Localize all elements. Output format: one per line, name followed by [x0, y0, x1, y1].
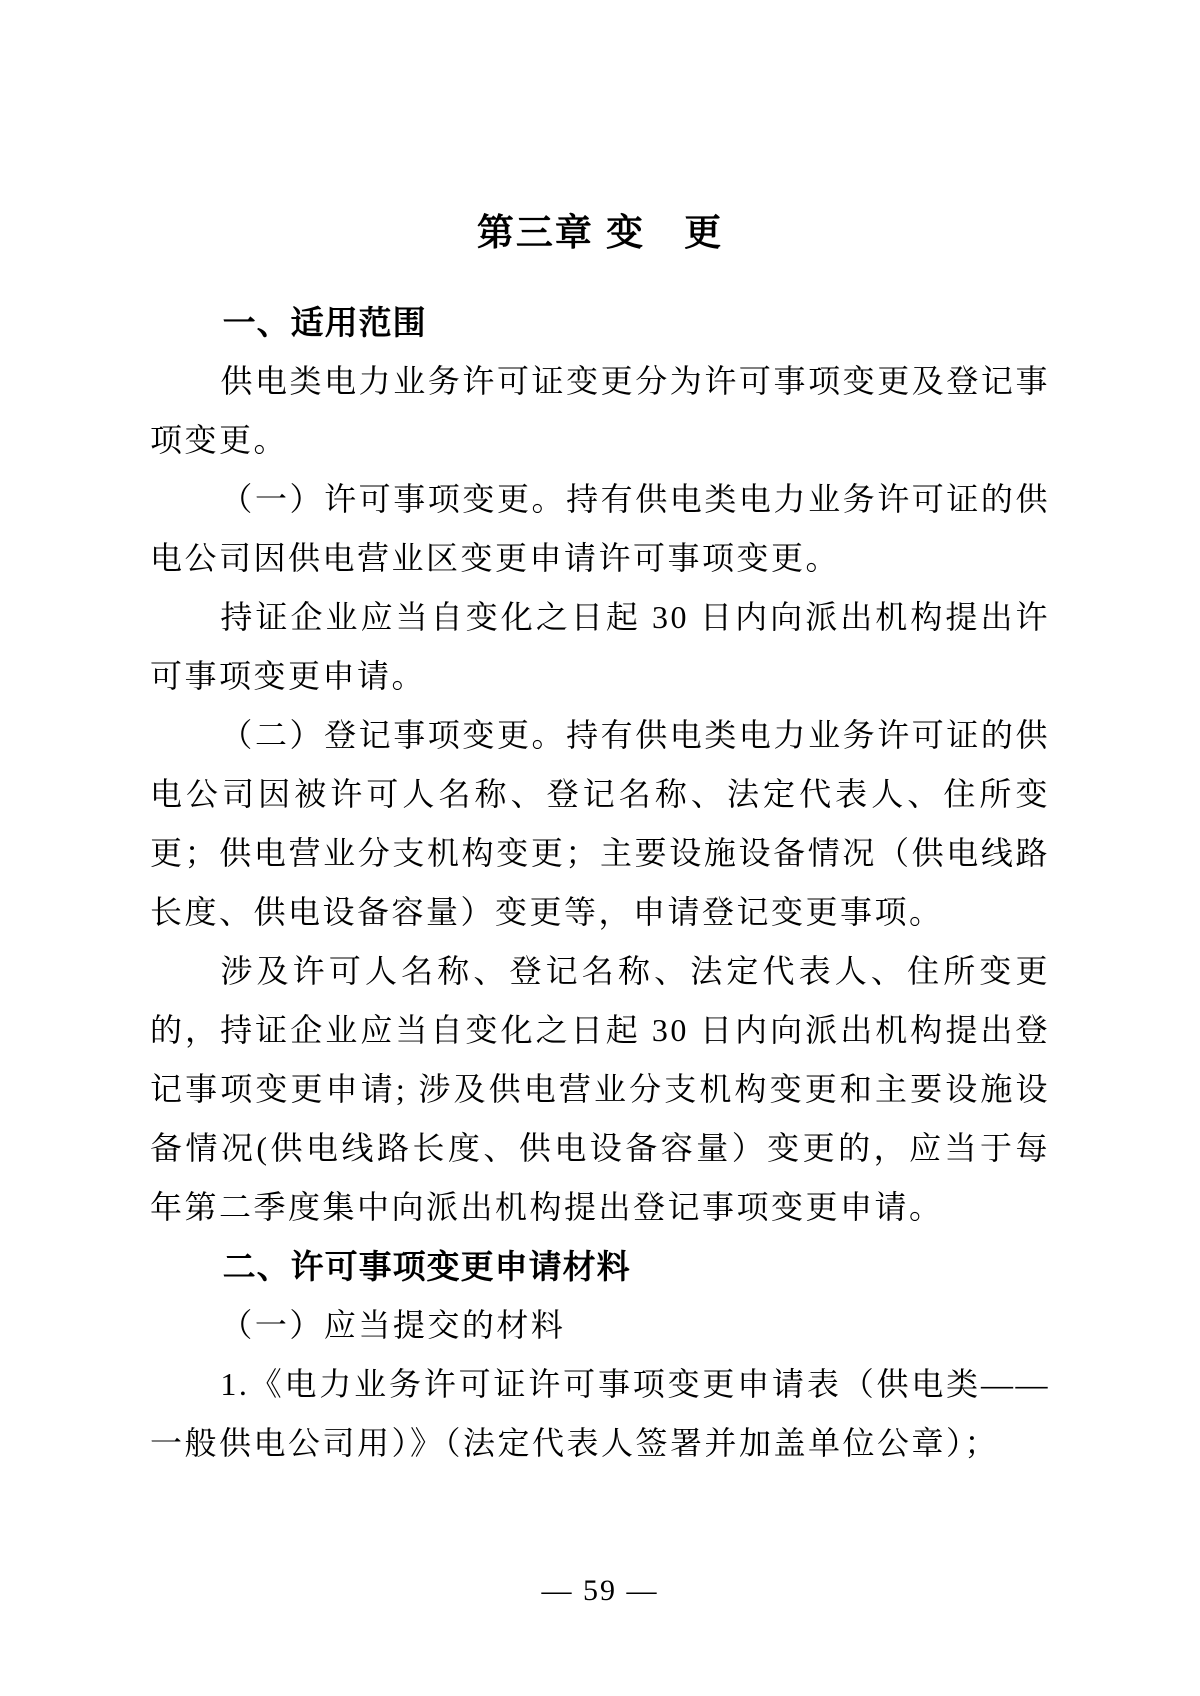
page-number: — 59 — — [0, 1576, 1200, 1606]
paragraph: （二）登记事项变更。持有供电类电力业务许可证的供电公司因被许可人名称、登记名称、… — [150, 706, 1050, 942]
document-page: 第三章 变 更 一、适用范围 供电类电力业务许可证变更分为许可事项变更及登记事项… — [0, 0, 1200, 1696]
paragraph: 供电类电力业务许可证变更分为许可事项变更及登记事项变更。 — [150, 352, 1050, 470]
paragraph: 1.《电力业务许可证许可事项变更申请表（供电类——一般供电公司用）》（法定代表人… — [150, 1355, 1050, 1473]
section-heading-scope: 一、适用范围 — [150, 293, 1050, 352]
document-content: 第三章 变 更 一、适用范围 供电类电力业务许可证变更分为许可事项变更及登记事项… — [150, 0, 1050, 1473]
paragraph: 持证企业应当自变化之日起 30 日内向派出机构提出许可事项变更申请。 — [150, 588, 1050, 706]
paragraph: （一）应当提交的材料 — [150, 1296, 1050, 1355]
section-heading-application-materials: 二、许可事项变更申请材料 — [150, 1237, 1050, 1296]
paragraph: （一）许可事项变更。持有供电类电力业务许可证的供电公司因供电营业区变更申请许可事… — [150, 470, 1050, 588]
paragraph: 涉及许可人名称、登记名称、法定代表人、住所变更的，持证企业应当自变化之日起 30… — [150, 942, 1050, 1237]
chapter-title: 第三章 变 更 — [150, 210, 1050, 255]
